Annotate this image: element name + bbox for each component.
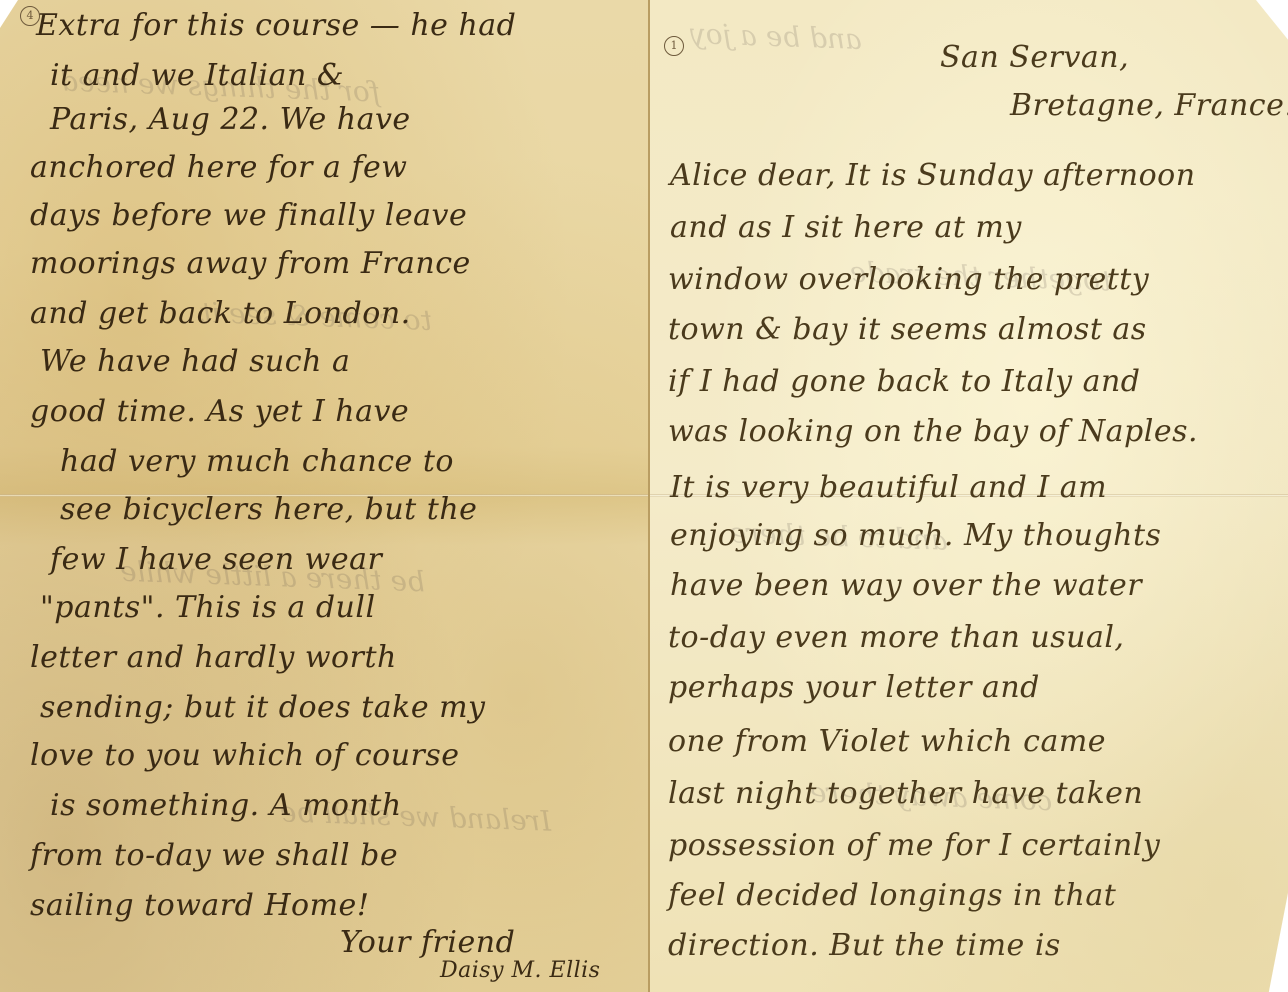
letter-heading-place: San Servan, (940, 40, 1129, 75)
letter-line: Paris, Aug 22. We have (50, 102, 411, 137)
letter-line: was looking on the bay of Naples. (668, 414, 1198, 449)
letter-line: "pants". This is a dull (40, 590, 376, 625)
letter-line: We have had such a (40, 344, 350, 379)
page-number-badge: 1 (664, 36, 684, 56)
letter-line: moorings away from France (30, 246, 471, 281)
letter-line: letter and hardly worth (30, 640, 397, 675)
letter-line: last night together have taken (668, 776, 1143, 811)
letter-heading-region: Bretagne, France. (1010, 88, 1288, 123)
letter-line: window overlooking the pretty (668, 262, 1149, 297)
letter-line: it and we Italian & (50, 58, 344, 93)
letter-line: and get back to London. (30, 296, 411, 331)
letter-line: sailing toward Home! (30, 888, 369, 923)
letter-line: one from Violet which came (668, 724, 1106, 759)
letter-line: love to you which of course (30, 738, 460, 773)
letter-closing: Your friend (340, 925, 515, 960)
letter-line: possession of me for I certainly (668, 828, 1160, 863)
letter-line: Extra for this course — he had (36, 8, 516, 43)
letter-line: town & bay it seems almost as (668, 312, 1147, 347)
letter-line: have been way over the water (670, 568, 1142, 603)
letter-line: anchored here for a few (30, 150, 407, 185)
letter-line: from to-day we shall be (30, 838, 398, 873)
letter-line: if I had gone back to Italy and (668, 364, 1141, 399)
letter-line: to-day even more than usual, (668, 620, 1124, 655)
letter-line: enjoying so much. My thoughts (670, 518, 1161, 553)
letter-line: few I have seen wear (50, 542, 382, 577)
letter-line: It is very beautiful and I am (670, 470, 1107, 505)
letter-page-left: 4 for the things we need to come & see i… (0, 0, 648, 992)
letter-line: days before we finally leave (30, 198, 467, 233)
bleed-through-text: and be a joy (689, 17, 862, 56)
letter-line: direction. But the time is (668, 928, 1061, 963)
letter-line: feel decided longings in that (668, 878, 1116, 913)
letter-line: is something. A month (50, 788, 402, 823)
letter-line: had very much chance to (60, 444, 454, 479)
letter-line: Alice dear, It is Sunday afternoon (670, 158, 1196, 193)
letter-spread: 4 for the things we need to come & see i… (0, 0, 1288, 992)
letter-signature: Daisy M. Ellis (440, 958, 600, 983)
letter-line: perhaps your letter and (668, 670, 1040, 705)
letter-line: see bicyclers here, but the (60, 492, 477, 527)
letter-line: and as I sit here at my (670, 210, 1022, 245)
letter-line: sending; but it does take my (40, 690, 486, 725)
letter-line: good time. As yet I have (30, 394, 409, 429)
letter-page-right: 1 and be a joy together the trade and to… (648, 0, 1288, 992)
